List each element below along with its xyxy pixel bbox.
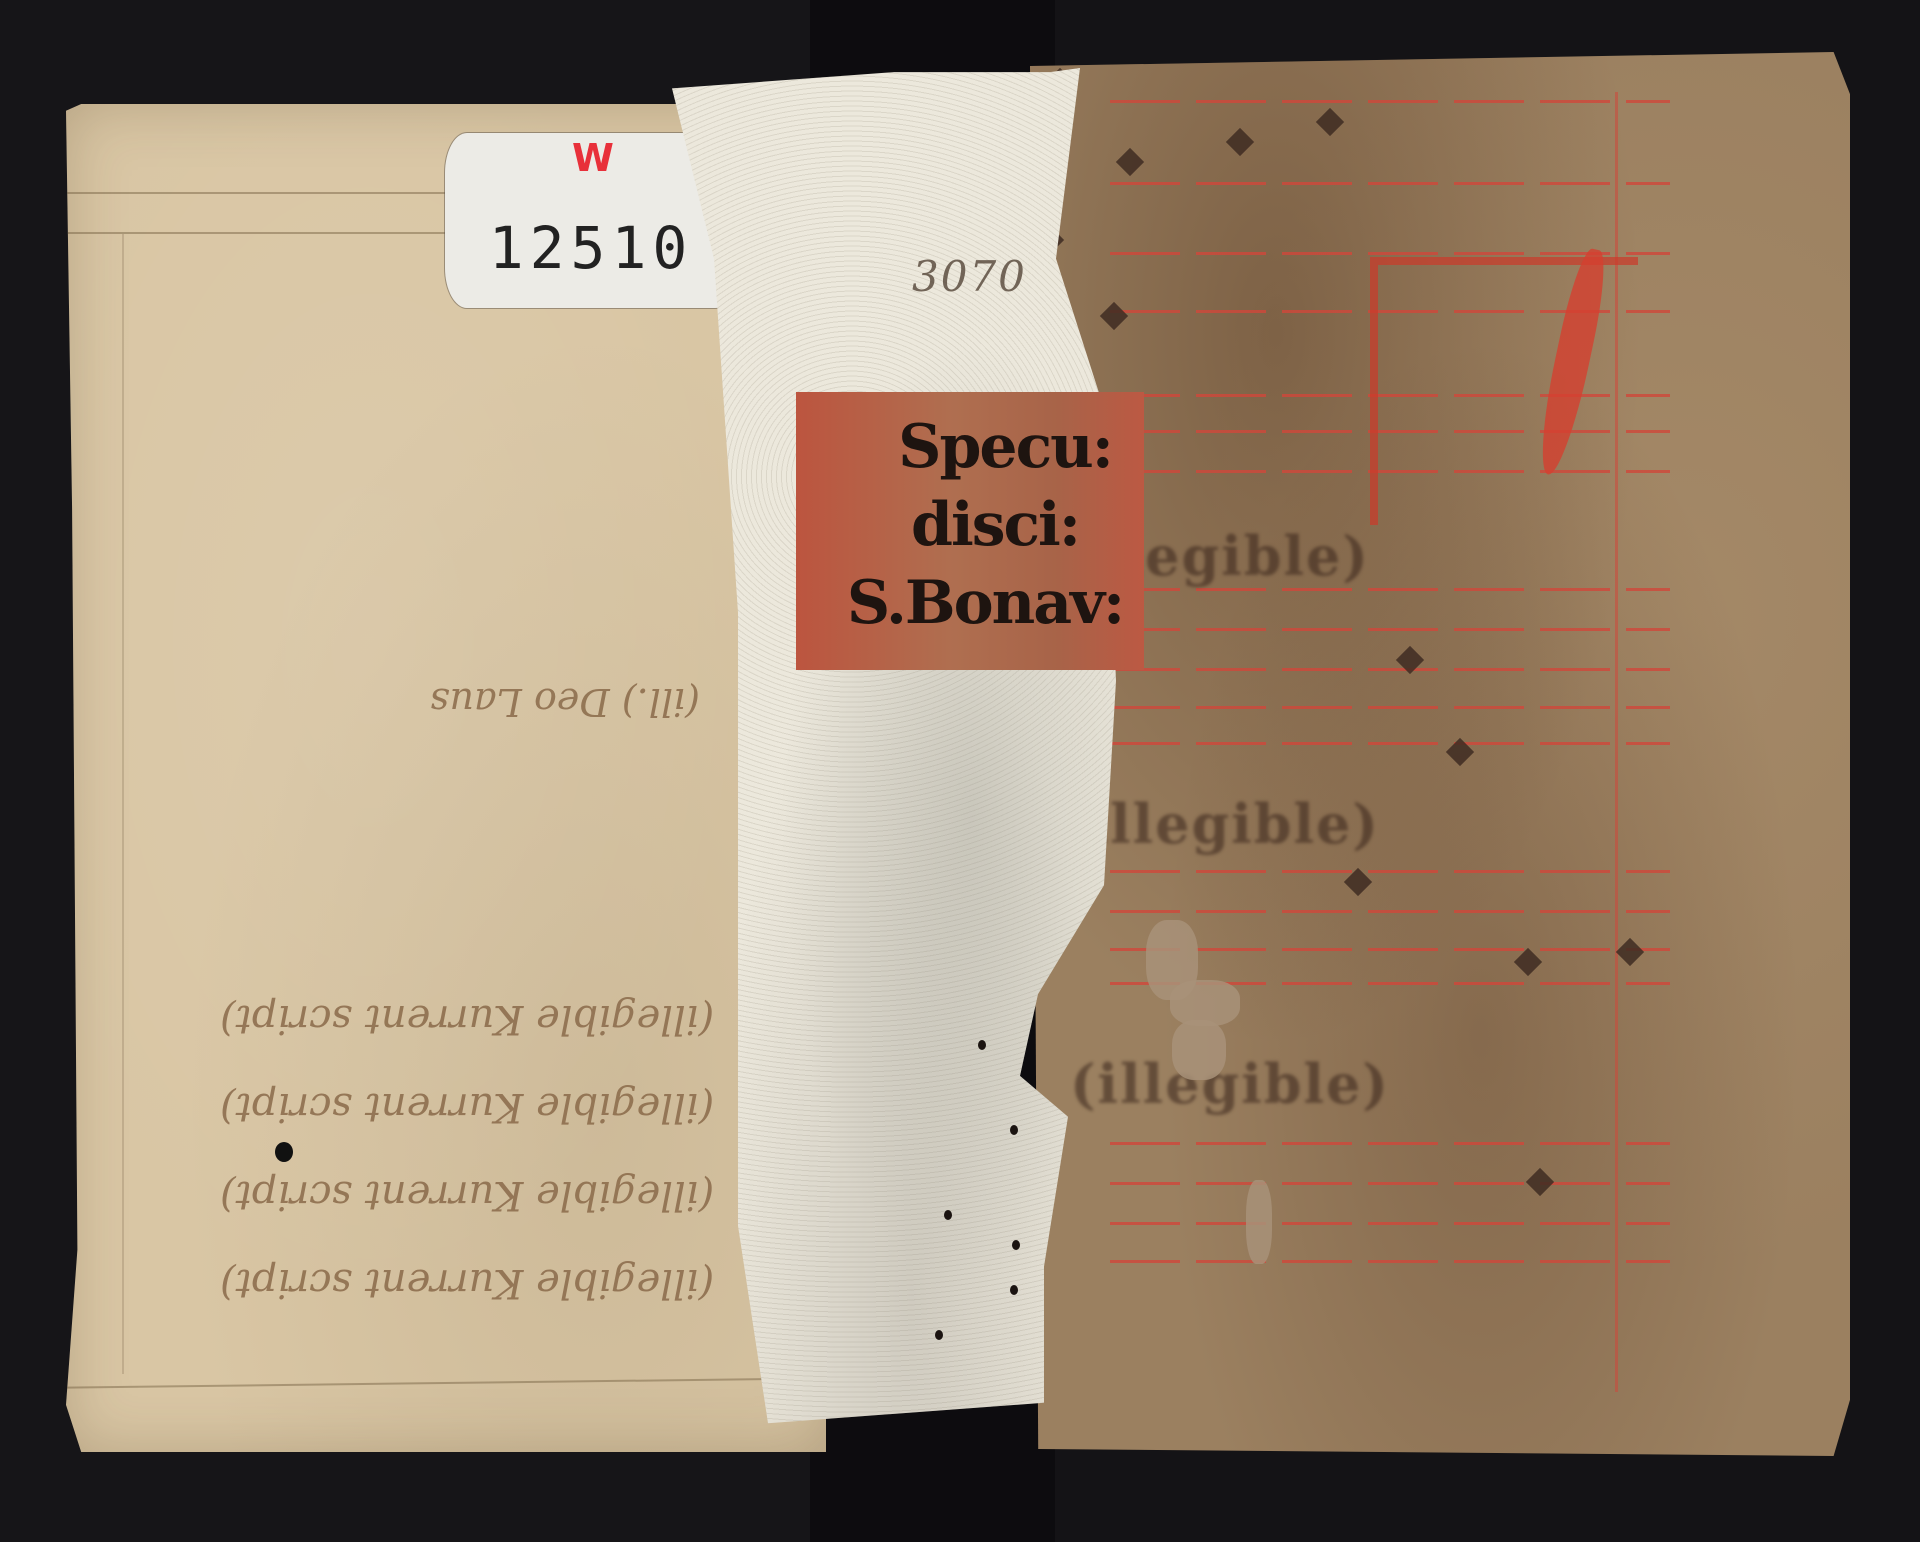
wax-stain [1246, 1180, 1272, 1264]
neume-note [1526, 1168, 1554, 1196]
neume-note [1514, 948, 1542, 976]
spine-title-line: disci: [796, 490, 1144, 560]
staff-line [1110, 588, 1670, 591]
ink-spot [944, 1210, 952, 1220]
fold-line [66, 1377, 826, 1388]
manuscript-fragment-right: (illegible) (illegible) (illegible) [1030, 52, 1850, 1456]
ink-spot [1010, 1125, 1018, 1135]
staff-line [1110, 742, 1670, 745]
neume-note [1100, 302, 1128, 330]
spine-title-label: Specu: disci: S.Bonav: [796, 392, 1144, 670]
spine-title-line: S.Bonav: [796, 568, 1144, 638]
ink-spot [935, 1330, 943, 1340]
neume-note [1616, 938, 1644, 966]
worm-hole [275, 1142, 293, 1162]
neume-note [1116, 148, 1144, 176]
handwritten-line: (illegible Kurrent script) [220, 1239, 714, 1327]
staff-line [1110, 1182, 1670, 1185]
shelf-mark-number: 12510 [445, 213, 737, 283]
staff-line [1110, 100, 1670, 103]
staff-line [1110, 910, 1670, 913]
staff-line [1110, 1142, 1670, 1145]
neume-note [1316, 108, 1344, 136]
ink-spot [1012, 1240, 1020, 1250]
staff-line [1110, 182, 1670, 185]
wax-stain [1172, 1020, 1226, 1080]
staff-line [1110, 1222, 1670, 1225]
manuscript-text-line: (illegible) [1070, 1052, 1390, 1116]
handwritten-text-block: (illegible Kurrent script) (illegible Ku… [220, 975, 714, 1327]
ink-spot [1010, 1285, 1018, 1295]
handwritten-inscription: (ill.) Deo Laus [430, 680, 700, 724]
spine-call-number: 3070 [912, 252, 1027, 301]
staff-line [1110, 1260, 1670, 1263]
staff-line [1110, 706, 1670, 709]
staff-line [1110, 628, 1670, 631]
fold-line [122, 234, 124, 1374]
neume-note [1226, 128, 1254, 156]
handwritten-line: (illegible Kurrent script) [220, 975, 714, 1063]
handwritten-line: (illegible Kurrent script) [220, 1063, 714, 1151]
handwritten-line: (illegible Kurrent script) [220, 1151, 714, 1239]
spine-title-line: Specu: [796, 412, 1144, 482]
staff-line [1110, 668, 1670, 671]
staff-line [1110, 870, 1670, 873]
ink-spot [978, 1040, 986, 1050]
